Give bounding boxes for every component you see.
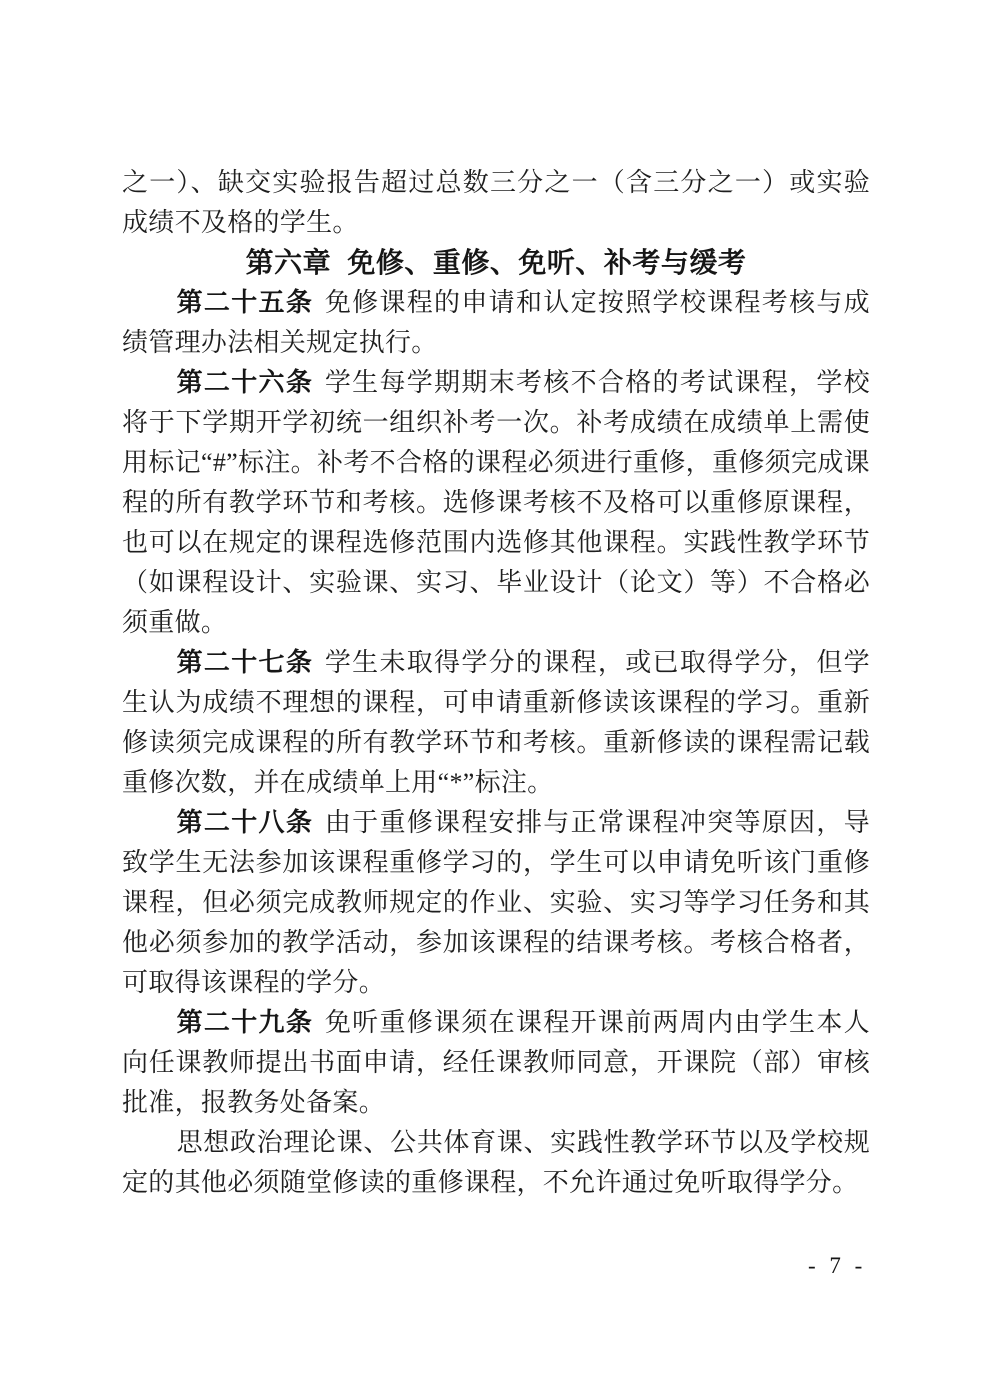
article-paragraph-25: 第二十五条免修课程的申请和认定按照学校课程考核与成绩管理办法相关规定执行。 (122, 283, 870, 363)
article-number: 第二十七条 (177, 648, 314, 677)
article-paragraph-28: 第二十八条由于重修课程安排与正常课程冲突等原因，导致学生无法参加该课程重修学习的… (122, 803, 870, 1003)
article-number: 第二十九条 (177, 1008, 314, 1037)
paragraph-continuation: 之一）、缺交实验报告超过总数三分之一（含三分之一）或实验成绩不及格的学生。 (122, 163, 870, 243)
document-page: 之一）、缺交实验报告超过总数三分之一（含三分之一）或实验成绩不及格的学生。 第六… (0, 0, 988, 1387)
page-number: - 7 - (808, 1251, 866, 1281)
article-paragraph-27: 第二十七条学生未取得学分的课程，或已取得学分，但学生认为成绩不理想的课程，可申请… (122, 643, 870, 803)
article-paragraph-29: 第二十九条免听重修课须在课程开课前两周内由学生本人向任课教师提出书面申请，经任课… (122, 1003, 870, 1123)
article-number: 第二十六条 (177, 368, 314, 397)
paragraph-final: 思想政治理论课、公共体育课、实践性教学环节以及学校规定的其他必须随堂修读的重修课… (122, 1123, 870, 1203)
article-text: 学生每学期期末考核不合格的考试课程，学校将于下学期开学初统一组织补考一次。补考成… (122, 368, 870, 637)
article-number: 第二十五条 (177, 288, 314, 317)
document-body: 之一）、缺交实验报告超过总数三分之一（含三分之一）或实验成绩不及格的学生。 第六… (122, 163, 870, 1203)
article-number: 第二十八条 (177, 808, 314, 837)
chapter-heading: 第六章 免修、重修、免听、补考与缓考 (122, 243, 870, 283)
article-paragraph-26: 第二十六条学生每学期期末考核不合格的考试课程，学校将于下学期开学初统一组织补考一… (122, 363, 870, 643)
